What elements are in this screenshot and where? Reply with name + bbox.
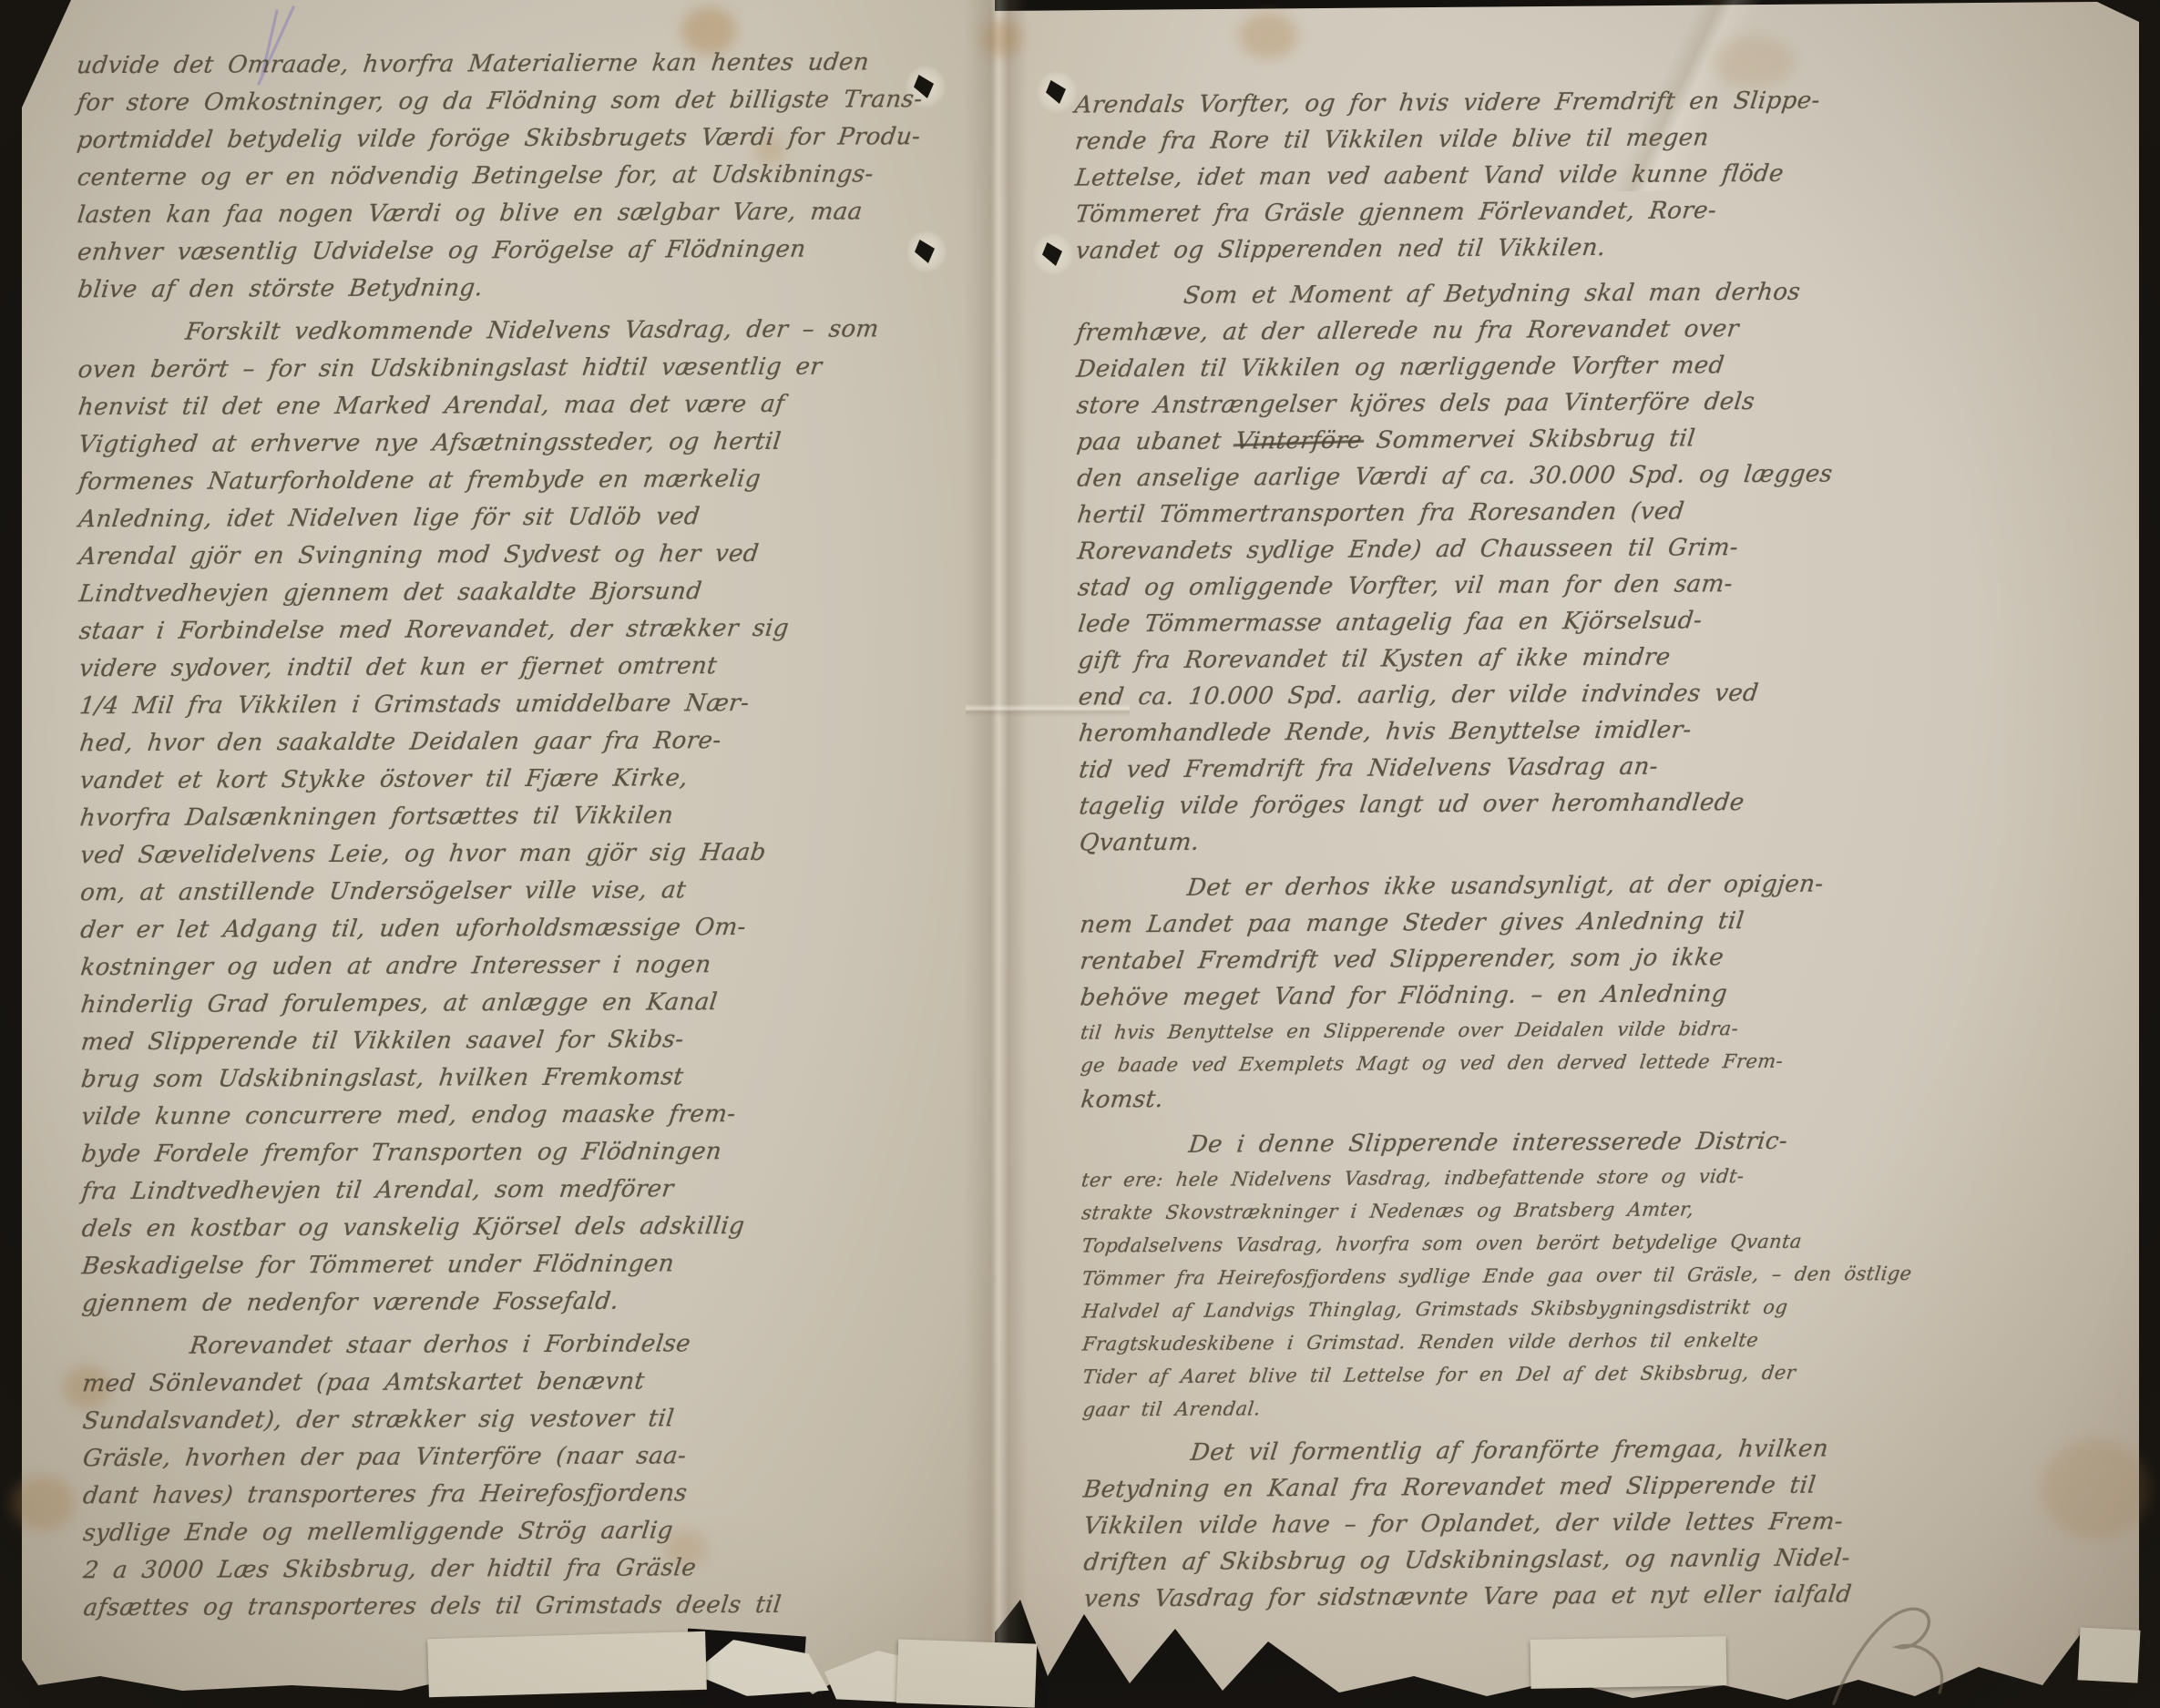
manuscript-paragraph: De i denne Slipperende interesserede Dis… bbox=[1081, 1120, 2142, 1426]
manuscript-line: Rorevandets sydlige Ende) ad Chausseen t… bbox=[1076, 527, 2139, 569]
manuscript-line: centerne og er en nödvendig Betingelse f… bbox=[75, 156, 995, 197]
manuscript-line: vens Vasdrag for sidstnævnte Vare paa et… bbox=[1082, 1574, 2145, 1617]
right-page-text: Arendals Vorfter, og for hvis videre Fre… bbox=[1075, 80, 2143, 1626]
manuscript-line: lasten kan faa nogen Værdi og blive en s… bbox=[76, 193, 996, 234]
manuscript-line: Arendal gjör en Svingning mod Sydvest og… bbox=[77, 535, 997, 576]
manuscript-line: Gräsle, hvorhen der paa Vinterföre (naar… bbox=[81, 1437, 1001, 1478]
manuscript-line: Lindtvedhevjen gjennem det saakaldte Bjo… bbox=[77, 572, 997, 613]
manuscript-line: ved Sævelidelvens Leie, og hvor man gjör… bbox=[78, 834, 998, 874]
manuscript-paragraph: Det er derhos ikke usandsynligt, at der … bbox=[1080, 864, 2140, 1118]
manuscript-line: formenes Naturforholdene at frembyde en … bbox=[77, 460, 997, 501]
manuscript-line: fremhæve, at der allerede nu fra Rorevan… bbox=[1074, 308, 2137, 351]
manuscript-line: gjennem de nedenfor værende Fossefald. bbox=[80, 1282, 1000, 1323]
manuscript-line: Anledning, idet Nidelven lige för sit Ud… bbox=[77, 497, 997, 538]
manuscript-line: Rorevandet staar derhos i Forbindelse bbox=[80, 1324, 1000, 1365]
manuscript-line: tagelig vilde foröges langt ud over hero… bbox=[1077, 782, 2140, 824]
manuscript-line: vilde kunne concurrere med, endog maaske… bbox=[79, 1095, 999, 1136]
manuscript-line: afsættes og transporteres dels til Grims… bbox=[81, 1586, 1001, 1627]
manuscript-line: sydlige Ende og mellemliggende Strög aar… bbox=[81, 1511, 1001, 1552]
manuscript-line: portmiddel betydelig vilde foröge Skibsb… bbox=[75, 118, 995, 159]
manuscript-line: kostninger og uden at andre Interesser i… bbox=[78, 946, 998, 987]
manuscript-line: Forskilt vedkommende Nidelvens Vasdrag, … bbox=[76, 311, 996, 352]
manuscript-line: Betydning en Kanal fra Rorevandet med Sl… bbox=[1081, 1465, 2145, 1508]
tape-repair bbox=[1530, 1636, 1727, 1689]
manuscript-line: videre sydover, indtil det kun er fjerne… bbox=[77, 647, 998, 688]
tape-repair bbox=[896, 1639, 1037, 1707]
manuscript-line: dant haves) transporteres fra Heirefosfj… bbox=[81, 1474, 1001, 1515]
manuscript-line: Sundalsvandet), der strækker sig vestove… bbox=[80, 1399, 1000, 1440]
foxing-stain bbox=[11, 1476, 75, 1530]
manuscript-line: gift fra Rorevandet til Kysten af ikke m… bbox=[1076, 636, 2139, 679]
manuscript-paragraph: Rorevandet staar derhos i Forbindelsemed… bbox=[82, 1324, 998, 1627]
manuscript-line: Arendals Vorfter, og for hvis videre Fre… bbox=[1073, 80, 2136, 123]
manuscript-line: komst. bbox=[1079, 1075, 2142, 1118]
manuscript-line: hertil Tömmertransporten fra Roresanden … bbox=[1075, 490, 2138, 533]
manuscript-scan: udvide det Omraade, hvorfra Materialiern… bbox=[0, 0, 2160, 1708]
struck-word: Vinterföre bbox=[1234, 427, 1364, 455]
manuscript-line: gaar til Arendal. bbox=[1081, 1386, 2144, 1426]
manuscript-line: Tömmeret fra Gräsle gjennem Förlevandet,… bbox=[1073, 189, 2136, 232]
manuscript-line: dels en kostbar og vanskelig Kjörsel del… bbox=[79, 1207, 999, 1248]
manuscript-line: brug som Udskibningslast, hvilken Fremko… bbox=[79, 1058, 999, 1099]
manuscript-line: behöve meget Vand for Flödning. – en Anl… bbox=[1079, 973, 2142, 1016]
manuscript-line: Det er derhos ikke usandsynligt, at der … bbox=[1078, 864, 2141, 906]
manuscript-line: vandet og Slipperenden ned til Vikkilen. bbox=[1074, 226, 2137, 269]
manuscript-line: hed, hvor den saakaldte Deidalen gaar fr… bbox=[77, 721, 998, 762]
manuscript-line: Som et Moment af Betydning skal man derh… bbox=[1074, 271, 2137, 314]
manuscript-line: Vigtighed at erhverve nye Afsætningssted… bbox=[77, 423, 997, 464]
manuscript-line: heromhandlede Rende, hvis Benyttelse imi… bbox=[1077, 709, 2140, 752]
manuscript-line: med Sönlevandet (paa Amtskartet benævnt bbox=[80, 1362, 1000, 1403]
manuscript-line: med Slipperende til Vikkilen saavel for … bbox=[79, 1020, 999, 1061]
manuscript-line: fra Lindtvedhevjen til Arendal, som medf… bbox=[79, 1170, 999, 1211]
manuscript-line: driften af Skibsbrug og Udskibningslast,… bbox=[1081, 1538, 2145, 1580]
manuscript-line: byde Fordele fremfor Transporten og Flöd… bbox=[79, 1132, 999, 1173]
manuscript-paragraph: Det vil formentlig af foranförte fremgaa… bbox=[1083, 1428, 2143, 1617]
manuscript-line: Qvantum. bbox=[1078, 818, 2141, 861]
tape-repair bbox=[427, 1631, 707, 1697]
manuscript-line: for store Omkostninger, og da Flödning s… bbox=[75, 81, 995, 122]
manuscript-line: rende fra Rore til Vikkilen vilde blive … bbox=[1073, 117, 2136, 159]
manuscript-line: Deidalen til Vikkilen og nærliggende Vor… bbox=[1074, 344, 2137, 387]
manuscript-line: der er let Adgang til, uden uforholdsmæs… bbox=[78, 908, 998, 949]
manuscript-line: De i denne Slipperende interesserede Dis… bbox=[1080, 1120, 2143, 1163]
manuscript-line: blive af den störste Betydning. bbox=[76, 268, 996, 309]
manuscript-paragraph: Arendals Vorfter, og for hvis videre Fre… bbox=[1075, 80, 2134, 269]
signature-flourish bbox=[1808, 1587, 1963, 1708]
tape-repair bbox=[2078, 1627, 2141, 1682]
left-page-text: udvide det Omraade, hvorfra Materialiern… bbox=[77, 44, 999, 1632]
manuscript-line: paa ubanet Vinterföre Sommervei Skibsbru… bbox=[1075, 417, 2138, 460]
manuscript-line: 1/4 Mil fra Vikkilen i Grimstads umiddel… bbox=[77, 684, 998, 725]
manuscript-paragraph: udvide det Omraade, hvorfra Materialiern… bbox=[77, 44, 993, 309]
manuscript-line: nem Landet paa mange Steder gives Anledn… bbox=[1078, 900, 2141, 943]
manuscript-line: tid ved Fremdrift fra Nidelvens Vasdrag … bbox=[1077, 745, 2140, 788]
manuscript-line: Det vil formentlig af foranförte fremgaa… bbox=[1081, 1428, 2145, 1471]
manuscript-paragraph: Forskilt vedkommende Nidelvens Vasdrag, … bbox=[77, 311, 998, 1323]
manuscript-line: hvorfra Dalsænkningen fortsættes til Vik… bbox=[77, 796, 998, 837]
manuscript-line: Beskadigelse for Tömmeret under Flödning… bbox=[80, 1244, 1000, 1285]
manuscript-line: henvist til det ene Marked Arendal, maa … bbox=[77, 385, 997, 426]
manuscript-line: vandet et kort Stykke östover til Fjære … bbox=[77, 759, 998, 800]
manuscript-line: stad og omliggende Vorfter, vil man for … bbox=[1076, 563, 2139, 606]
manuscript-line: lede Tömmermasse antagelig faa en Kjörse… bbox=[1076, 599, 2139, 642]
manuscript-line: hinderlig Grad forulempes, at anlægge en… bbox=[78, 983, 998, 1024]
manuscript-line: udvide det Omraade, hvorfra Materialiern… bbox=[75, 44, 995, 85]
manuscript-line: Vikkilen vilde have – for Oplandet, der … bbox=[1081, 1501, 2145, 1544]
manuscript-line: oven berört – for sin Udskibningslast hi… bbox=[76, 348, 996, 389]
foxing-stain bbox=[1239, 13, 1297, 58]
manuscript-line: rentabel Fremdrift ved Slipperender, som… bbox=[1078, 936, 2141, 979]
manuscript-line: Lettelse, idet man ved aabent Vand vilde… bbox=[1073, 153, 2136, 196]
manuscript-line: end ca. 10.000 Spd. aarlig, der vilde in… bbox=[1077, 672, 2140, 715]
manuscript-line: store Anstrængelser kjöres dels paa Vint… bbox=[1075, 381, 2138, 424]
foxing-stain bbox=[1713, 36, 1795, 87]
manuscript-line: 2 a 3000 Læs Skibsbrug, der hidtil fra G… bbox=[81, 1549, 1001, 1590]
manuscript-line: den anselige aarlige Værdi af ca. 30.000… bbox=[1075, 454, 2138, 496]
manuscript-line: enhver væsentlig Udvidelse og Forögelse … bbox=[76, 230, 996, 271]
manuscript-line: staar i Forbindelse med Rorevandet, der … bbox=[77, 609, 998, 650]
manuscript-paragraph: Som et Moment af Betydning skal man derh… bbox=[1076, 271, 2138, 861]
manuscript-line: om, at anstillende Undersögelser ville v… bbox=[78, 871, 998, 912]
